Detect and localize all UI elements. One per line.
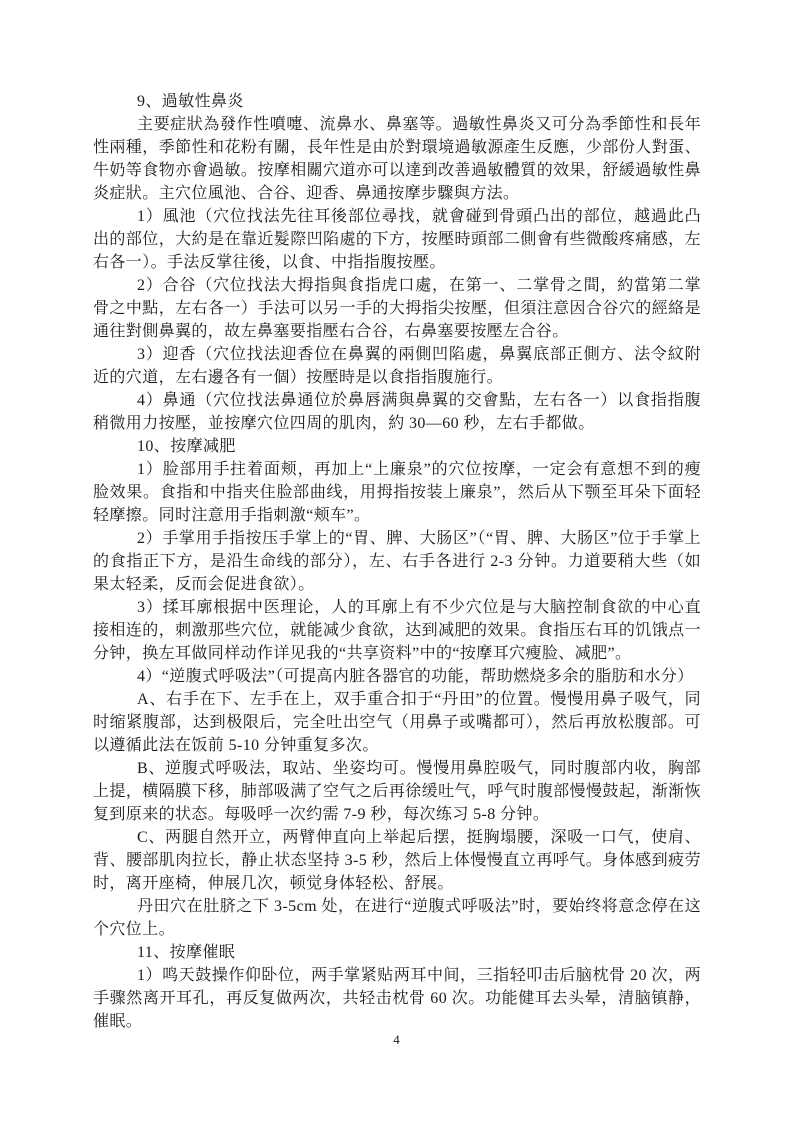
paragraph: 丹田穴在肚脐之下 3-5cm 处，在进行“逆腹式呼吸法”时，要始终将意念停在这个… (93, 895, 701, 941)
paragraph: 主要症狀為發作性噴嚏、流鼻水、鼻塞等。過敏性鼻炎又可分為季節性和長年性兩種，季節… (93, 113, 701, 205)
paragraph: 1）脸部用手拄着面颊，再加上“上廉泉”的穴位按摩，一定会有意想不到的瘦脸效果。食… (93, 458, 701, 527)
paragraph: 3）揉耳廓根据中医理论，人的耳廓上有不少穴位是与大脑控制食欲的中心直接相连的，刺… (93, 596, 701, 665)
paragraph: 3）迎香（穴位找法迎香位在鼻翼的兩側凹陷處，鼻翼底部正側方、法令紋附近的穴道，左… (93, 343, 701, 389)
paragraph: 11、按摩催眠 (93, 941, 701, 964)
paragraph: 9、過敏性鼻炎 (93, 90, 701, 113)
paragraph: 4）鼻通（穴位找法鼻通位於鼻唇满與鼻翼的交會點，左右各一）以食指指腹稍微用力按壓… (93, 389, 701, 435)
paragraph: C、两腿自然开立，两臂伸直向上举起后摆，挺胸塌腰，深吸一口气，使肩、背、腰部肌肉… (93, 826, 701, 895)
paragraph: B、逆腹式呼吸法，取站、坐姿均可。慢慢用鼻腔吸气，同时腹部内收，胸部上提，横隔膜… (93, 757, 701, 826)
paragraph: 1）風池（穴位找法先往耳後部位尋找，就會碰到骨頭凸出的部位，越過此凸出的部位，大… (93, 205, 701, 274)
paragraph: 4）“逆腹式呼吸法”（可提高内脏各器官的功能，帮助燃烧多余的脂肪和水分） (93, 665, 701, 688)
page-number: 4 (0, 1032, 793, 1048)
paragraph: 10、按摩减肥 (93, 435, 701, 458)
document-page: 9、過敏性鼻炎主要症狀為發作性噴嚏、流鼻水、鼻塞等。過敏性鼻炎又可分為季節性和長… (0, 0, 793, 1122)
paragraph: 2）合谷（穴位找法大拇指與食指虎口處，在第一、二掌骨之間，約當第二掌骨之中點，左… (93, 274, 701, 343)
paragraph: A、右手在下、左手在上，双手重合扣于“丹田”的位置。慢慢用鼻子吸气，同时缩紧腹部… (93, 688, 701, 757)
paragraph: 2）手掌用手指按压手掌上的“胃、脾、大肠区”（“胃、脾、大肠区”位于手掌上的食指… (93, 527, 701, 596)
document-body: 9、過敏性鼻炎主要症狀為發作性噴嚏、流鼻水、鼻塞等。過敏性鼻炎又可分為季節性和長… (93, 90, 701, 1033)
paragraph: 1）鸣天鼓操作仰卧位，两手掌紧贴两耳中间，三指轻叩击后脑枕骨 20 次，两手骤然… (93, 964, 701, 1033)
